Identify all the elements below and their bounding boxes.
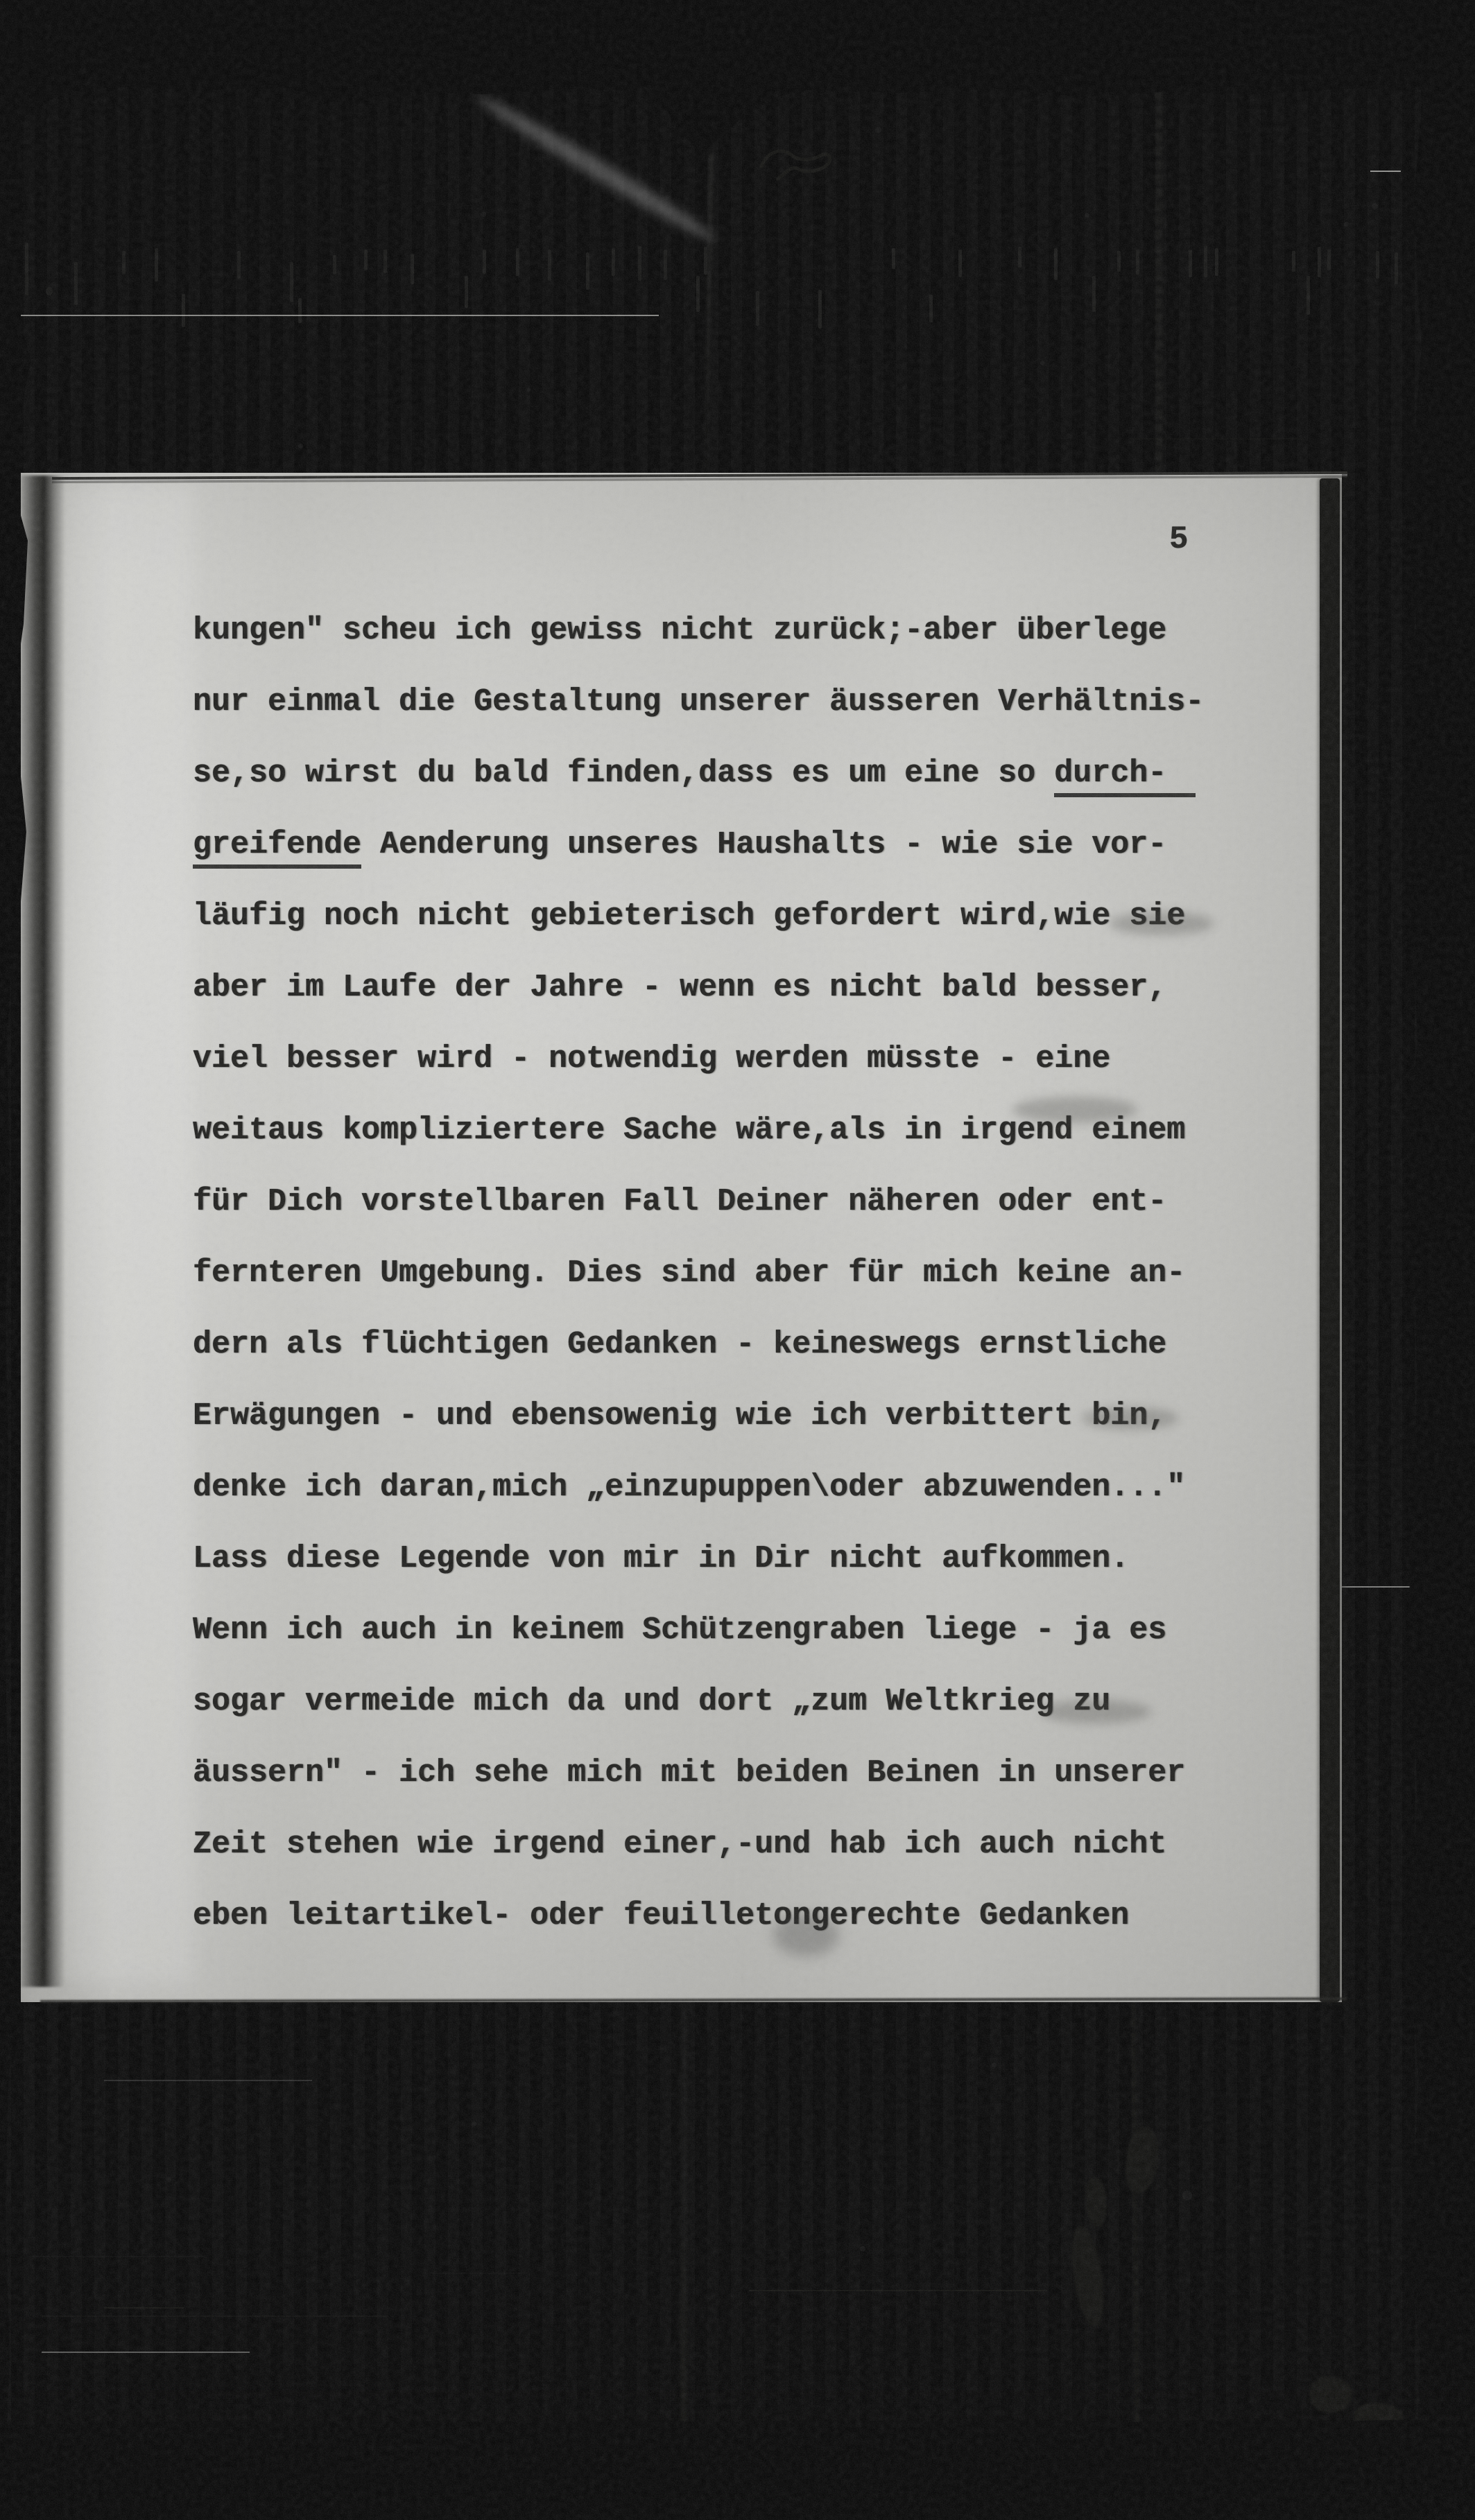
dust-speck	[1344, 222, 1349, 227]
light-speck	[449, 2458, 454, 2462]
tick-mark	[1327, 250, 1331, 270]
tick-mark	[182, 294, 185, 327]
text-segment: aber im Laufe der Jahre - wenn es nicht …	[193, 970, 1166, 1005]
text-segment: Zeit stehen wie irgend einer,-und hab ic…	[193, 1827, 1166, 1862]
typed-line: läufig noch nicht gebieterisch gefordert…	[193, 880, 1233, 952]
typed-line: für Dich vorstellbaren Fall Deiner näher…	[193, 1166, 1233, 1237]
tick-mark	[756, 291, 759, 326]
sheet-right-edge	[1320, 478, 1340, 2002]
typed-line: nur einmal die Gestaltung unserer äusser…	[193, 666, 1233, 738]
typed-line: se,so wirst du bald finden,dass es um ei…	[193, 738, 1233, 809]
text-segment: Aenderung unseres Haushalts - wie sie vo…	[361, 827, 1166, 862]
text-segment: für Dich vorstellbaren Fall Deiner näher…	[193, 1184, 1166, 1219]
tick-mark	[958, 250, 962, 277]
light-scratch-line	[104, 2080, 312, 2081]
tick-mark	[1054, 248, 1058, 280]
dust-speck	[1085, 213, 1089, 218]
tick-mark	[1136, 250, 1139, 275]
tick-mark	[612, 248, 615, 276]
tick-mark	[364, 250, 368, 270]
scratch-line	[28, 2256, 205, 2257]
tick-mark	[1292, 251, 1295, 272]
tick-mark	[1306, 276, 1310, 315]
text-segment: dern als flüchtigen Gedanken - keinesweg…	[193, 1327, 1166, 1362]
tick-mark	[1018, 247, 1021, 268]
dust-speck	[1182, 2191, 1192, 2200]
typed-line: Erwägungen - und ebensowenig wie ich ver…	[193, 1380, 1233, 1452]
light-scratch-line	[1370, 171, 1401, 172]
tick-mark	[1376, 251, 1379, 279]
ink-blob	[1122, 2125, 1163, 2195]
text-segment: se,so wirst du bald finden,dass es um ei…	[193, 756, 1054, 791]
scratch-line	[430, 2273, 527, 2274]
ink-blob	[1354, 2403, 1404, 2433]
tick-mark	[704, 247, 707, 275]
light-speck	[1047, 2475, 1051, 2478]
dust-speck	[166, 2177, 171, 2182]
typed-line: Zeit stehen wie irgend einer,-und hab ic…	[193, 1809, 1233, 1880]
tick-mark	[483, 250, 486, 274]
tick-mark	[290, 262, 293, 302]
typed-text: kungen" scheu ich gewiss nicht zurück;-a…	[193, 595, 1233, 1952]
tick-mark	[638, 246, 641, 281]
tick-mark	[818, 290, 822, 329]
tick-mark	[548, 250, 551, 281]
underlined-word: greifende	[193, 827, 361, 869]
text-segment: fernteren Umgebung. Dies sind aber für m…	[193, 1255, 1185, 1291]
scanned-letter-page: 5 kungen" scheu ich gewiss nicht zurück;…	[0, 0, 1475, 2520]
ink-blob	[1085, 2176, 1109, 2227]
dust-speck	[1040, 360, 1045, 365]
typed-line: kungen" scheu ich gewiss nicht zurück;-a…	[193, 595, 1233, 666]
text-segment: Erwägungen - und ebensowenig wie ich ver…	[193, 1398, 1166, 1434]
tick-mark	[465, 276, 468, 308]
ink-ghost	[1082, 1407, 1179, 1430]
dust-speck	[992, 2062, 997, 2067]
scratch-line	[104, 2307, 184, 2309]
ink-blob	[1309, 2376, 1352, 2413]
ink-ghost	[1040, 1700, 1151, 1723]
text-segment: kungen" scheu ich gewiss nicht zurück;-a…	[193, 613, 1166, 648]
underlined-word: durch-	[1054, 756, 1196, 797]
tick-mark	[586, 252, 589, 290]
typed-line: viel besser wird - notwendig werden müss…	[193, 1023, 1233, 1095]
ink-ghost	[1012, 1097, 1137, 1123]
text-segment: äussern" - ich sehe mich mit beiden Bein…	[193, 1755, 1185, 1791]
tick-mark	[411, 254, 414, 284]
sheet-highlight	[66, 485, 194, 1983]
typed-line: dern als flüchtigen Gedanken - keinesweg…	[193, 1309, 1233, 1380]
tick-mark	[155, 248, 158, 281]
tick-mark	[1318, 247, 1321, 277]
dust-speck	[860, 2246, 865, 2252]
tick-mark	[25, 243, 28, 295]
tick-mark	[122, 251, 126, 275]
dust-speck	[1372, 203, 1378, 209]
typed-line: greifende Aenderung unseres Haushalts - …	[193, 809, 1233, 880]
tick-mark	[516, 248, 519, 276]
tick-mark	[1117, 251, 1121, 272]
dust-speck	[298, 444, 303, 449]
text-segment: läufig noch nicht gebieterisch gefordert…	[193, 898, 1185, 934]
text-segment: viel besser wird - notwendig werden müss…	[193, 1041, 1110, 1077]
ink-smudge	[773, 1913, 839, 1956]
tick-mark	[298, 298, 302, 323]
tick-mark	[1204, 245, 1207, 277]
typed-line: fernteren Umgebung. Dies sind aber für m…	[193, 1237, 1233, 1309]
tick-mark	[1092, 276, 1096, 312]
typed-line: äussern" - ich sehe mich mit beiden Bein…	[193, 1737, 1233, 1809]
tick-mark	[74, 262, 78, 305]
tick-mark	[1189, 250, 1192, 277]
tick-mark	[929, 295, 933, 322]
text-segment: nur einmal die Gestaltung unserer äusser…	[193, 684, 1204, 720]
light-speck	[573, 2496, 577, 2499]
typed-line: aber im Laufe der Jahre - wenn es nicht …	[193, 952, 1233, 1023]
tick-mark	[664, 250, 667, 280]
dust-speck	[481, 211, 486, 217]
page-number: 5	[1169, 521, 1189, 557]
tick-mark	[1215, 248, 1218, 276]
text-segment: Lass diese Legende von mir in Dir nicht …	[193, 1541, 1129, 1576]
typed-line: Lass diese Legende von mir in Dir nicht …	[193, 1523, 1233, 1594]
light-scratch-line	[21, 315, 659, 316]
text-segment: Wenn ich auch in keinem Schützengraben l…	[193, 1613, 1166, 1648]
typed-line: denke ich daran,mich „einzupuppen\oder a…	[193, 1452, 1233, 1523]
ink-blob	[1067, 2224, 1109, 2328]
dust-speck	[875, 127, 881, 133]
tick-mark	[333, 255, 336, 275]
tick-mark	[1395, 252, 1398, 284]
tick-mark	[46, 287, 53, 295]
scratch-line	[749, 2290, 1047, 2291]
ink-ghost	[1110, 912, 1214, 935]
text-segment: sogar vermeide mich da und dort „zum Wel…	[193, 1684, 1110, 1719]
tick-mark	[696, 276, 700, 312]
tick-mark	[892, 248, 895, 269]
sheet-left-edge-shadow	[21, 476, 65, 1987]
light-scratch-line	[42, 2352, 250, 2353]
tick-mark	[237, 251, 241, 279]
text-segment: eben leitartikel- oder feuilletongerecht…	[193, 1898, 1129, 1934]
dust-speck	[472, 2121, 476, 2126]
typed-line: Wenn ich auch in keinem Schützengraben l…	[193, 1594, 1233, 1666]
typed-line: eben leitartikel- oder feuilletongerecht…	[193, 1880, 1233, 1952]
scratch-line	[1130, 438, 1304, 440]
tick-mark	[383, 250, 387, 273]
text-segment: denke ich daran,mich „einzupuppen\oder a…	[193, 1470, 1185, 1505]
scratch-line	[42, 2315, 388, 2317]
dust-speck	[527, 388, 531, 392]
